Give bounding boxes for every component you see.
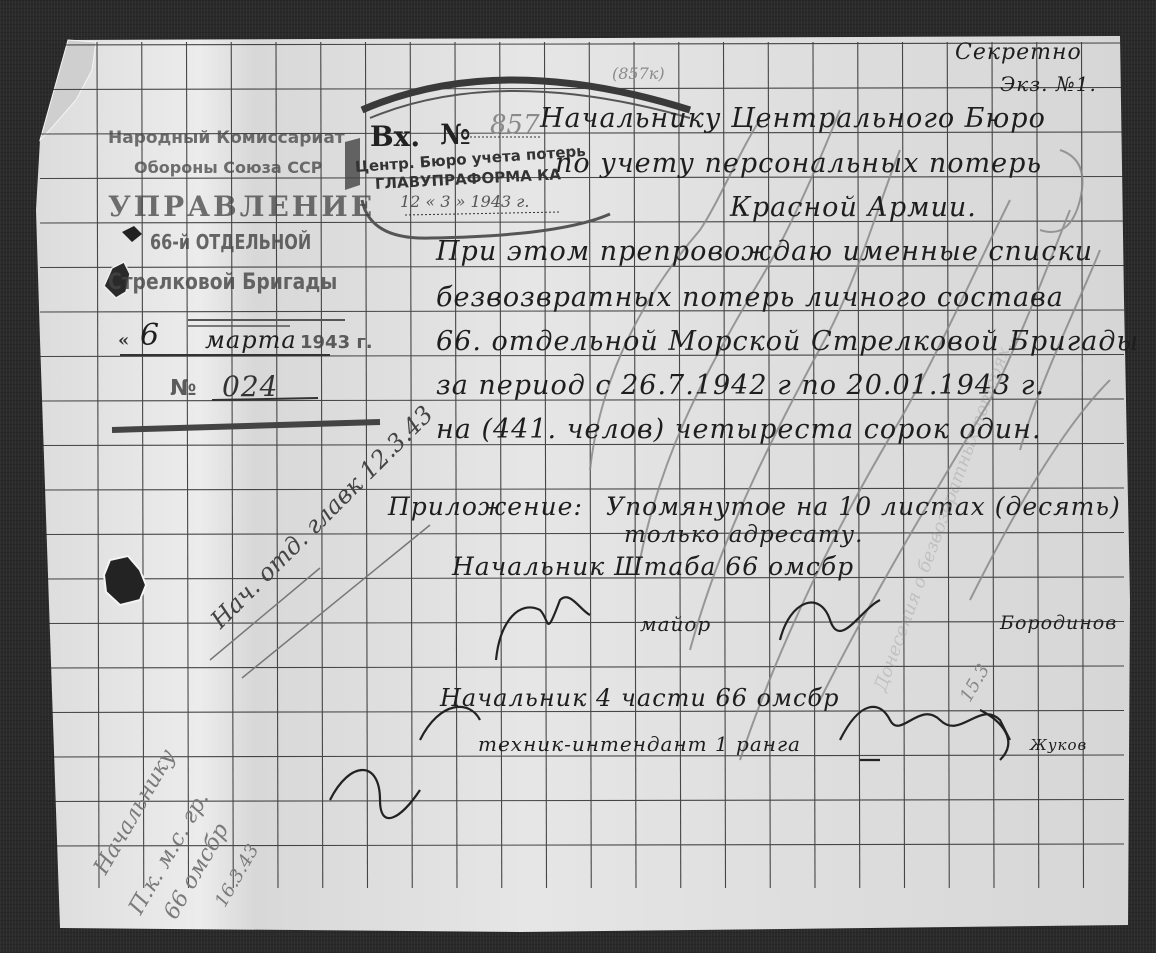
body-line-5: на (441. челов) четыреста сорок один.	[436, 414, 1042, 445]
addressee-line-2: по учету персональных потерь	[555, 148, 1042, 179]
stamp-line-directorate: УПРАВЛЕНИЕ	[108, 190, 375, 223]
incoming-label: Вх.	[370, 120, 420, 153]
signature-title: Начальник 4 части 66 омсбр	[440, 684, 839, 712]
attachment-label: Приложение:	[388, 492, 583, 521]
signature-name: Жуков	[1030, 736, 1087, 754]
incoming-date: 12 « 3 » 1943 г.	[400, 192, 529, 211]
incoming-no-label: №	[440, 118, 470, 151]
stamp-line-brigade: Стрелковой Бригады	[108, 270, 337, 295]
stamp-date-day: 6	[140, 318, 160, 353]
copy-number: Экз. №1.	[1000, 72, 1097, 96]
signature-name: Бородинов	[1000, 612, 1117, 634]
stamp-line-brigade-number: 66-й ОТДЕЛЬНОЙ	[150, 230, 311, 254]
body-line-3: 66. отдельной Морской Стрелковой Бригады	[436, 326, 1139, 357]
signature-rank: техник-интендант 1 ранга	[478, 732, 801, 756]
stamp-line-commissariat: Народный Комиссариат	[108, 128, 345, 148]
incoming-number-pencil: (857к)	[612, 64, 665, 83]
body-line-4: за период с 26.7.1942 г по 20.01.1943 г.	[436, 370, 1045, 401]
body-line-2: безвозвратных потерь личного состава	[436, 282, 1064, 313]
signature-rank: майор	[640, 612, 711, 636]
attachment-text: Упомянутое на 10 листах (десять)	[606, 492, 1121, 521]
scanned-document: Секретно Экз. №1. Народный Комиссариат О…	[0, 0, 1156, 953]
stamp-date-prefix: «	[118, 330, 129, 351]
incoming-number: 857	[490, 110, 540, 140]
signature-title: Начальник Штаба 66 омсбр	[452, 552, 854, 581]
secrecy-label: Секретно	[955, 40, 1082, 65]
body-line-1: При этом препровождаю именные списки	[436, 236, 1093, 267]
addressee-line-3: Красной Армии.	[730, 192, 977, 223]
attachment-note: только адресату.	[624, 522, 863, 548]
stamp-line-defense: Обороны Союза ССР	[134, 158, 322, 177]
stamp-date-month: марта	[205, 326, 297, 354]
stamp-outgoing-number: 024	[222, 370, 278, 403]
stamp-date-year: 1943 г.	[300, 332, 373, 353]
addressee-line-1: Начальнику Центрального Бюро	[540, 103, 1046, 134]
stamp-number-prefix: №	[170, 376, 196, 401]
